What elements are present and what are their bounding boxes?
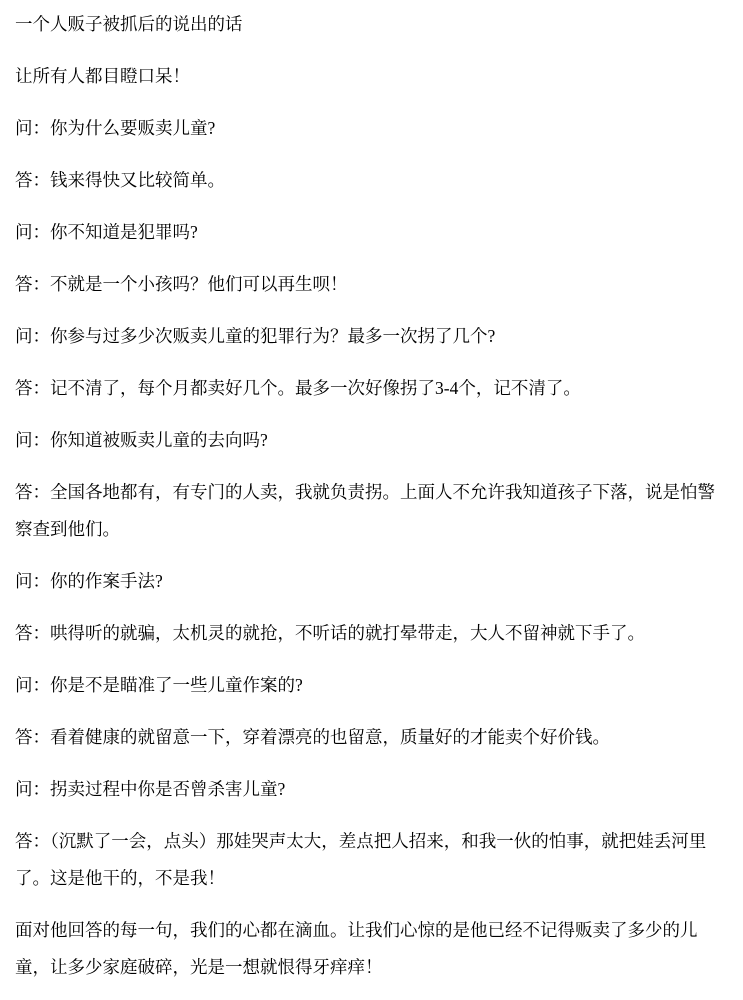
commentary-paragraph: 面对他回答的每一句，我们的心都在滴血。让我们心惊的是他已经不记得贩卖了多少的儿童… xyxy=(15,912,727,986)
question-paragraph: 问：你不知道是犯罪吗? xyxy=(15,214,727,251)
question-paragraph: 问：你的作案手法? xyxy=(15,563,727,600)
answer-paragraph: 答：哄得听的就骗，太机灵的就抢，不听话的就打晕带走，大人不留神就下手了。 xyxy=(15,615,727,652)
question-paragraph: 问：你为什么要贩卖儿童? xyxy=(15,110,727,147)
question-paragraph: 问：你知道被贩卖儿童的去向吗? xyxy=(15,422,727,459)
answer-paragraph: 答：钱来得快又比较简单。 xyxy=(15,162,727,199)
question-paragraph: 问：拐卖过程中你是否曾杀害儿童? xyxy=(15,771,727,808)
answer-paragraph: 答：记不清了，每个月都卖好几个。最多一次好像拐了3-4个，记不清了。 xyxy=(15,370,727,407)
answer-paragraph: 答：全国各地都有，有专门的人卖，我就负责拐。上面人不允许我知道孩子下落，说是怕警… xyxy=(15,474,727,548)
lead-paragraph: 让所有人都目瞪口呆！ xyxy=(15,58,727,95)
question-paragraph: 问：你是不是瞄准了一些儿童作案的? xyxy=(15,667,727,704)
answer-paragraph: 答：（沉默了一会，点头）那娃哭声太大，差点把人招来，和我一伙的怕事，就把娃丢河里… xyxy=(15,823,727,897)
answer-paragraph: 答：看着健康的就留意一下，穿着漂亮的也留意，质量好的才能卖个好价钱。 xyxy=(15,719,727,756)
question-paragraph: 问：你参与过多少次贩卖儿童的犯罪行为？最多一次拐了几个? xyxy=(15,318,727,355)
title-paragraph: 一个人贩子被抓后的说出的话 xyxy=(15,6,727,43)
document-body: 一个人贩子被抓后的说出的话让所有人都目瞪口呆！问：你为什么要贩卖儿童?答：钱来得… xyxy=(0,0,743,986)
answer-paragraph: 答：不就是一个小孩吗？他们可以再生呗！ xyxy=(15,266,727,303)
